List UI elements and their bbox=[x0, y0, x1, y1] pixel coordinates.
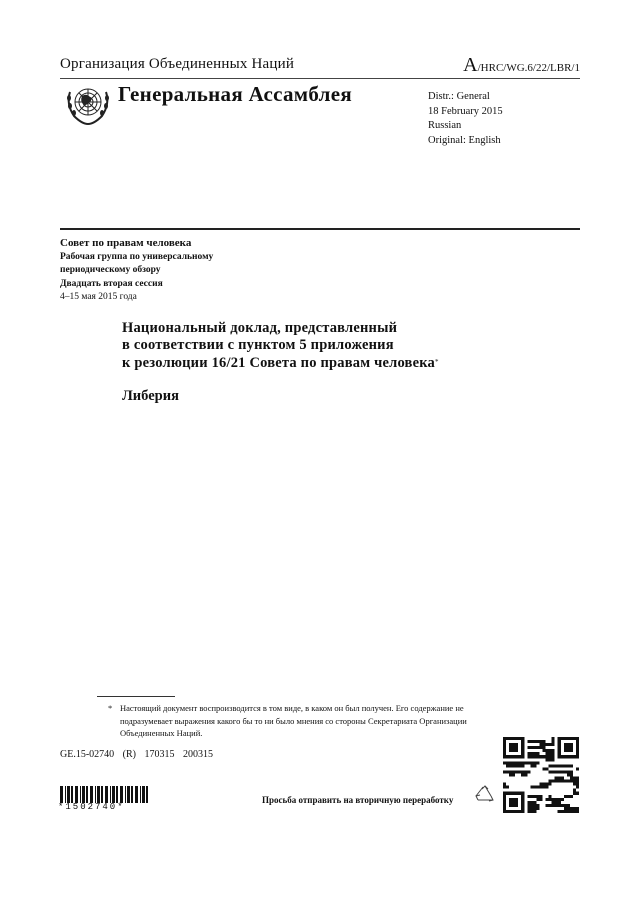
footnote-reference[interactable]: * bbox=[435, 358, 439, 366]
original-line: Original: English bbox=[428, 134, 503, 149]
recycle-icon bbox=[474, 784, 496, 806]
working-group-line2: периодическому обзору bbox=[60, 264, 213, 278]
recycle-text: Просьба отправить на вторичную переработ… bbox=[262, 795, 453, 805]
distribution-block: Distr.: General 18 February 2015 Russian… bbox=[428, 90, 503, 148]
organization-name: Организация Объединенных Наций bbox=[60, 56, 294, 73]
qr-code-icon bbox=[503, 737, 579, 813]
title-line-1: Национальный доклад, представленный bbox=[122, 320, 439, 337]
language-line: Russian bbox=[428, 119, 503, 134]
job-number: GE.15-02740 (R) 170315 200315 bbox=[60, 749, 213, 760]
footnote-rule bbox=[97, 696, 175, 697]
un-emblem-icon bbox=[64, 82, 112, 126]
document-symbol: A/HRC/WG.6/22/LBR/1 bbox=[463, 54, 580, 77]
distr-line: Distr.: General bbox=[428, 90, 503, 105]
session: Двадцать вторая сессия bbox=[60, 278, 213, 292]
symbol-rest: /HRC/WG.6/22/LBR/1 bbox=[478, 62, 580, 74]
title-line-3: к резолюции 16/21 Совета по правам челов… bbox=[122, 355, 435, 371]
section-rule bbox=[60, 228, 580, 230]
session-dates: 4–15 мая 2015 года bbox=[60, 291, 213, 305]
barcode-icon bbox=[60, 786, 152, 803]
council-block: Совет по правам человека Рабочая группа … bbox=[60, 237, 213, 305]
document-title: Национальный доклад, представленный в со… bbox=[122, 320, 439, 372]
symbol-prefix: A bbox=[463, 54, 477, 76]
working-group-line1: Рабочая группа по универсальному bbox=[60, 251, 213, 265]
council-name: Совет по правам человека bbox=[60, 237, 213, 251]
general-assembly-title: Генеральная Ассамблея bbox=[118, 82, 352, 107]
footnote-text: Настоящий документ воспроизводится в том… bbox=[120, 702, 508, 740]
barcode-number: *1502740* bbox=[58, 802, 125, 812]
header-rule bbox=[60, 78, 580, 79]
country-name: Либерия bbox=[122, 388, 179, 405]
footnote-mark: * bbox=[108, 702, 112, 715]
footnote: * Настоящий документ воспроизводится в т… bbox=[108, 702, 508, 740]
title-line-2: в соответствии с пунктом 5 приложения bbox=[122, 337, 439, 354]
date-line: 18 February 2015 bbox=[428, 105, 503, 120]
